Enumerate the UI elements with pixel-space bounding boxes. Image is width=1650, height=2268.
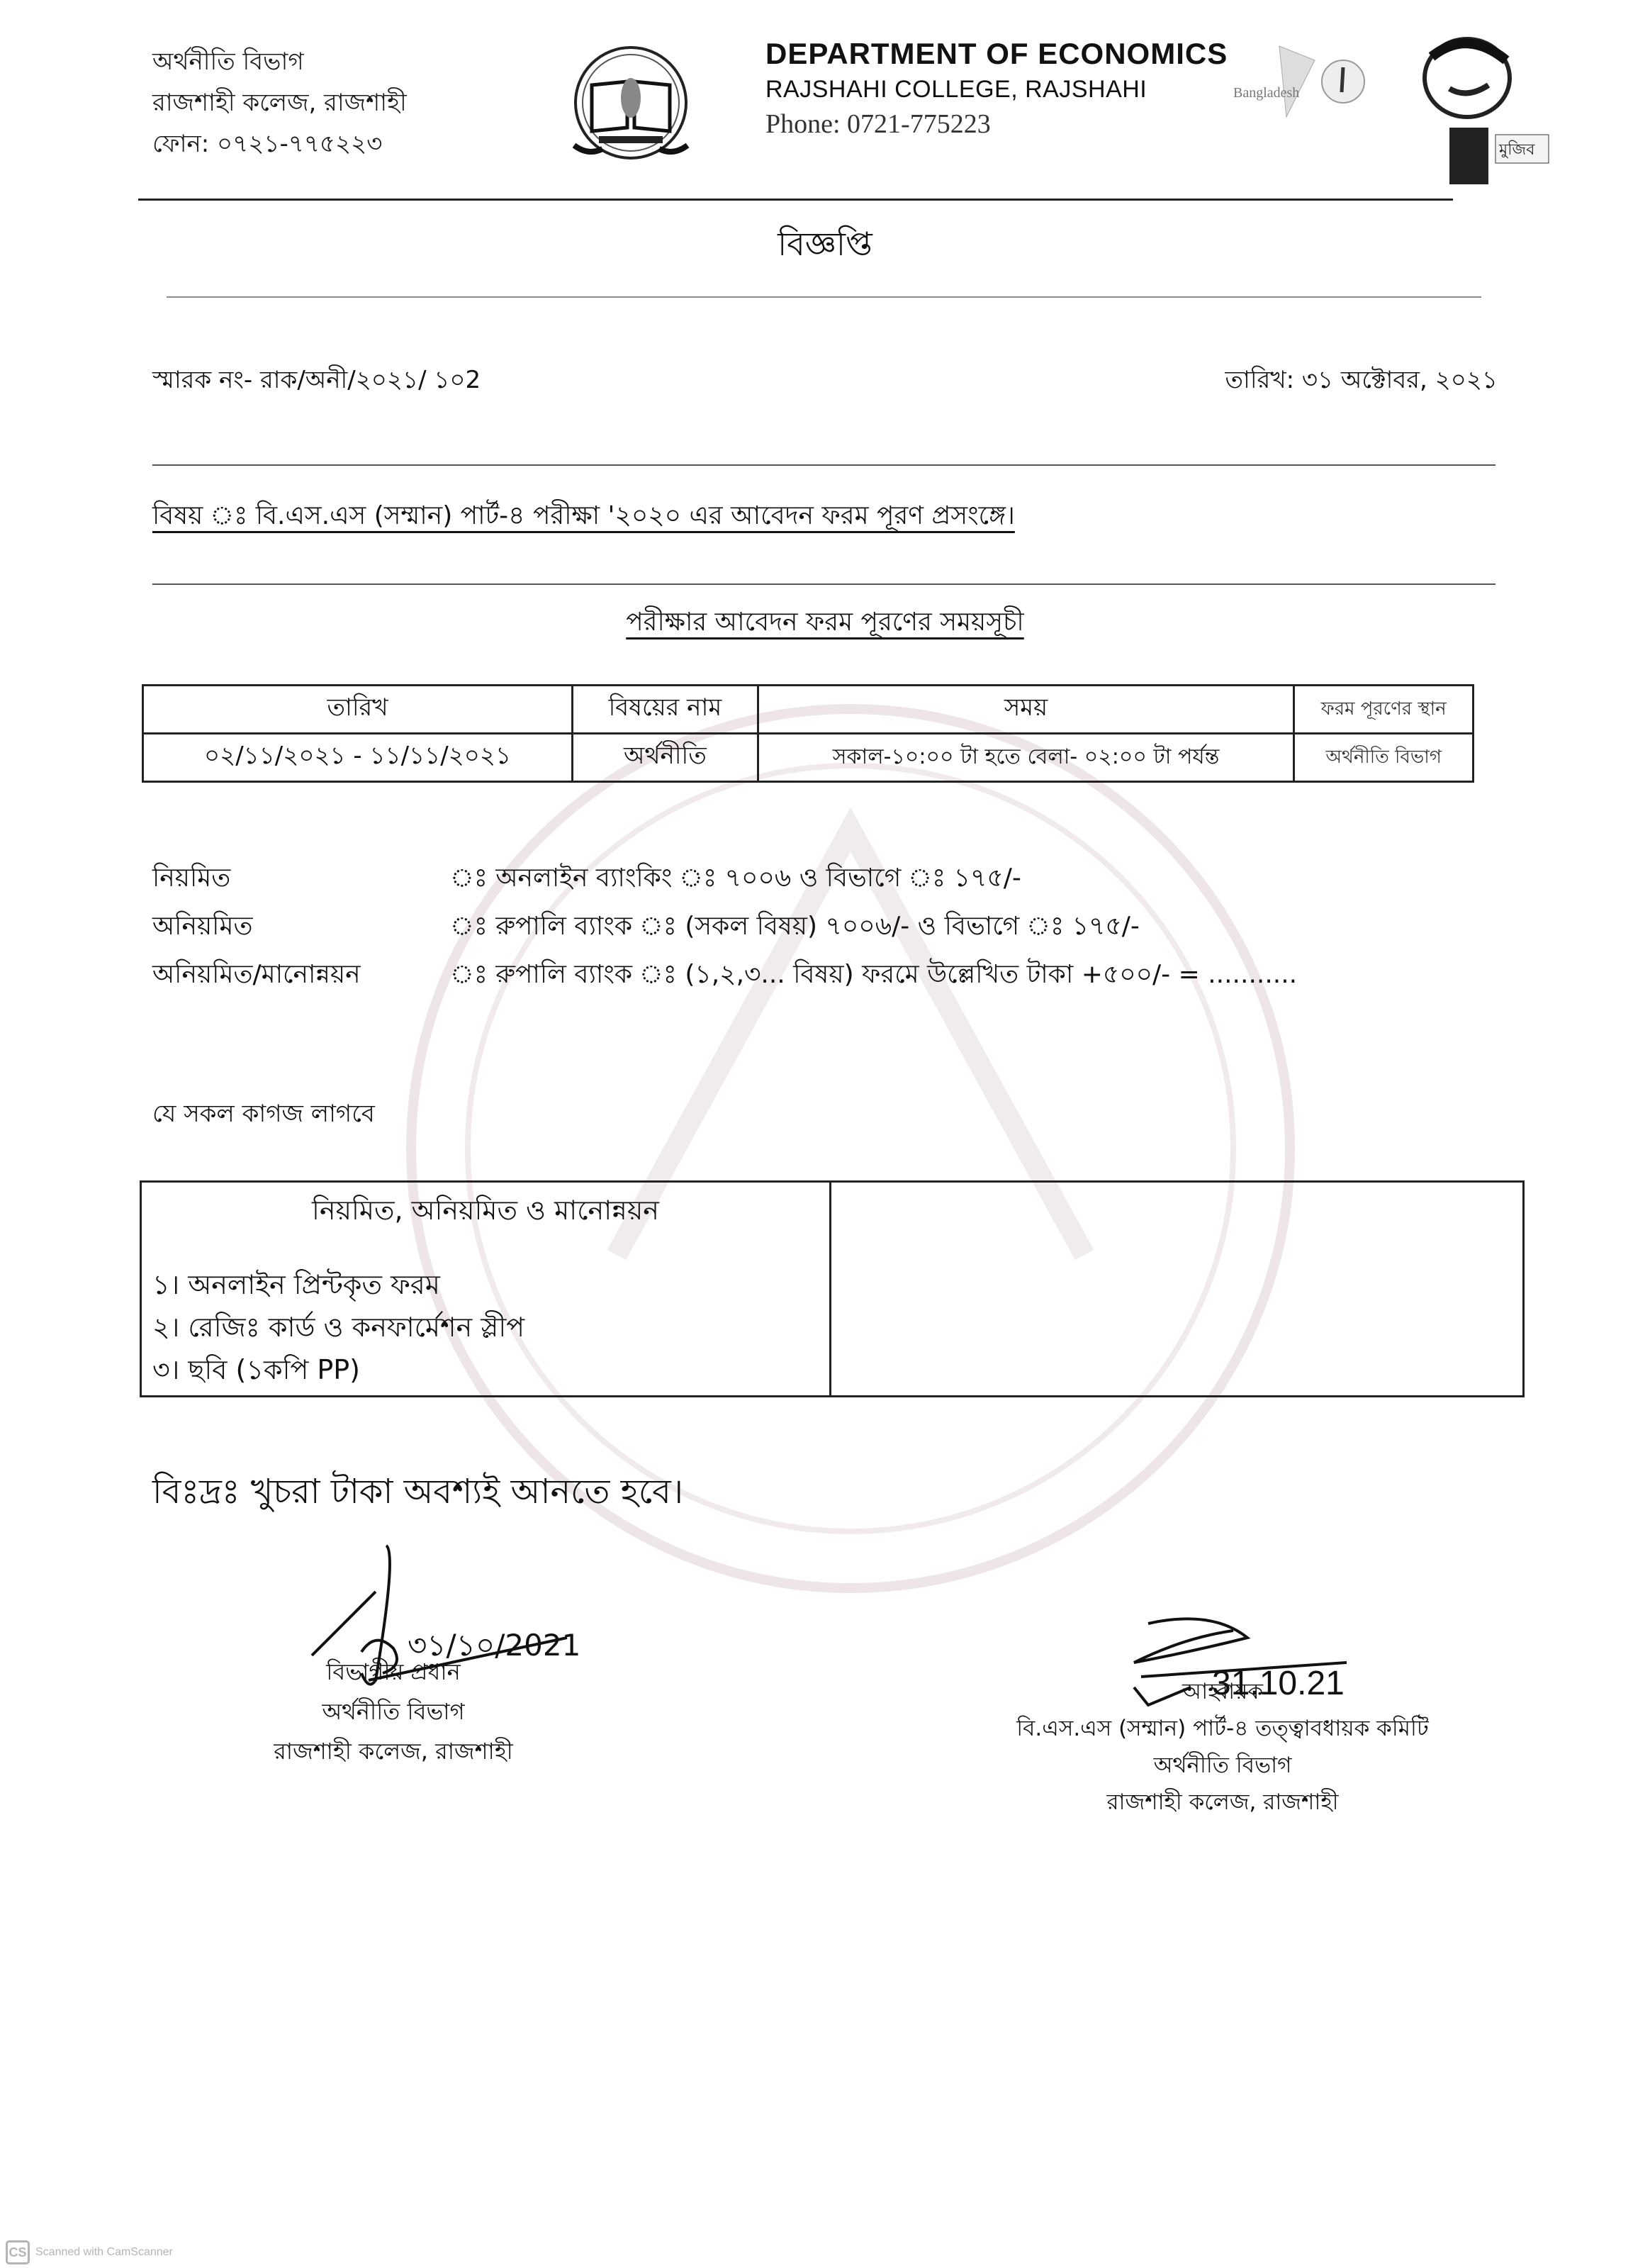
signatory-college: রাজশাহী কলেজ, রাজশাহী <box>241 1731 546 1771</box>
signatory-dept: অর্থনীতি বিভাগ <box>241 1692 546 1731</box>
header-college-bn: রাজশাহী কলেজ, রাজশাহী <box>152 82 407 123</box>
schedule-header-row: তারিখ বিষয়ের নাম সময় ফরম পূরণের স্থান <box>143 686 1474 734</box>
header-dept-bn: অর্থনীতি বিভাগ <box>152 41 407 82</box>
note-text: বিঃদ্রঃ খুচরা টাকা অবশ্যই আনতে হবে। <box>152 1466 683 1522</box>
header-divider <box>138 199 1453 201</box>
scanner-text: Scanned with CamScanner <box>35 2246 173 2259</box>
fee-label: নিয়মিত <box>152 854 450 903</box>
documents-heading: নিয়মিত, অনিয়মিত ও মানোন্নয়ন <box>142 1190 829 1235</box>
list-item: ২। রেজিঃ কার্ড ও কনফার্মেশন স্লীপ <box>152 1306 829 1348</box>
signatory-dept: অর্থনীতি বিভাগ <box>992 1747 1453 1784</box>
header-phone-bn: ফোন: ০৭২১-৭৭৫২২৩ <box>152 123 407 164</box>
fee-value: ঃ অনলাইন ব্যাংকিং ঃ ৭০০৬ ও বিভাগে ঃ ১৭৫/… <box>450 864 1021 893</box>
signatory-committee: বি.এস.এস (সম্মান) পার্ট-৪ তত্ত্বাবধায়ক … <box>992 1710 1453 1747</box>
camscanner-logo-icon: CS <box>6 2240 30 2264</box>
cell-subject: অর্থনীতি <box>573 734 758 782</box>
cell-time: সকাল-১০:০০ টা হতে বেলা- ০২:০০ টা পর্যন্ত <box>758 734 1294 782</box>
signature-block-left: বিভাগীয় প্রধান অর্থনীতি বিভাগ রাজশাহী ক… <box>241 1652 546 1771</box>
emblem-caption: Bangladesh <box>1233 85 1299 101</box>
svg-text:মুজিব: মুজিব <box>1498 140 1535 159</box>
documents-list: ১। অনলাইন প্রিন্টকৃত ফরম ২। রেজিঃ কার্ড … <box>142 1263 829 1391</box>
schedule-title: পরীক্ষার আবেদন ফরম পূরণের সময়সূচী <box>0 603 1650 645</box>
fee-value: ঃ রুপালি ব্যাংক ঃ (১,২,৩... বিষয়) ফরমে … <box>450 960 1297 989</box>
col-header-venue: ফরম পূরণের স্থান <box>1294 686 1474 734</box>
fee-list: নিয়মিতঃ অনলাইন ব্যাংকিং ঃ ৭০০৬ ও বিভাগে… <box>152 854 1297 999</box>
list-item: ১। অনলাইন প্রিন্টকৃত ফরম <box>152 1263 829 1306</box>
col-header-subject: বিষয়ের নাম <box>573 686 758 734</box>
divider <box>152 464 1495 466</box>
fee-item-improvement: অনিয়মিত/মানোন্নয়নঃ রুপালি ব্যাংক ঃ (১,… <box>152 951 1297 999</box>
col-header-date: তারিখ <box>143 686 573 734</box>
fee-label: অনিয়মিত/মানোন্নয়ন <box>152 951 450 999</box>
notice-subject: বিষয় ঃ বি.এস.এস (সম্মান) পার্ট-৪ পরীক্ষ… <box>152 496 1015 539</box>
header-college-en: RAJSHAHI COLLEGE, RAJSHAHI <box>765 72 1228 106</box>
required-documents-column: নিয়মিত, অনিয়মিত ও মানোন্নয়ন ১। অনলাইন… <box>142 1183 831 1395</box>
cell-venue: অর্থনীতি বিভাগ <box>1294 734 1474 782</box>
memo-number: স্মারক নং- রাক/অনী/২০২১/ ১০2 <box>152 362 481 402</box>
schedule-table: তারিখ বিষয়ের নাম সময় ফরম পূরণের স্থান … <box>142 684 1474 783</box>
college-logo-icon <box>560 43 702 163</box>
cell-date: ০২/১১/২০২১ - ১১/১১/২০২১ <box>143 734 573 782</box>
fee-label: অনিয়মিত <box>152 903 450 951</box>
signatory-college: রাজশাহী কলেজ, রাজশাহী <box>992 1784 1453 1821</box>
table-row: ০২/১১/২০২১ - ১১/১১/২০২১ অর্থনীতি সকাল-১০… <box>143 734 1474 782</box>
header-dept-en: DEPARTMENT OF ECONOMICS <box>765 35 1228 72</box>
list-item: ৩। ছবি (১কপি PP) <box>152 1348 829 1391</box>
portrait-image: মুজিব <box>1410 28 1595 199</box>
divider <box>167 296 1481 298</box>
divider <box>152 583 1495 585</box>
fee-value: ঃ রুপালি ব্যাংক ঃ (সকল বিষয়) ৭০০৬/- ও ব… <box>450 912 1140 941</box>
notice-title: বিজ্ঞপ্তি <box>0 220 1650 274</box>
header-bangla-address: অর্থনীতি বিভাগ রাজশাহী কলেজ, রাজশাহী ফোন… <box>152 41 407 164</box>
signature-block-right: আহ্বায়ক বি.এস.এস (সম্মান) পার্ট-৪ তত্ত্… <box>992 1673 1453 1821</box>
scanner-watermark: CS Scanned with CamScanner <box>6 2240 173 2264</box>
bangladesh-emblem-icon <box>1237 39 1379 124</box>
col-header-time: সময় <box>758 686 1294 734</box>
fee-item-irregular: অনিয়মিতঃ রুপালি ব্যাংক ঃ (সকল বিষয়) ৭০… <box>152 903 1297 951</box>
fee-item-regular: নিয়মিতঃ অনলাইন ব্যাংকিং ঃ ৭০০৬ ও বিভাগে… <box>152 854 1297 903</box>
signatory-title: আহ্বায়ক <box>992 1673 1453 1710</box>
required-documents-box: নিয়মিত, অনিয়মিত ও মানোন্নয়ন ১। অনলাইন… <box>140 1180 1525 1397</box>
required-documents-label: যে সকল কাগজ লাগবে <box>152 1095 375 1136</box>
signatory-title: বিভাগীয় প্রধান <box>241 1652 546 1692</box>
header-english-address: DEPARTMENT OF ECONOMICS RAJSHAHI COLLEGE… <box>765 35 1228 142</box>
header-phone-en: Phone: 0721-775223 <box>765 106 1228 142</box>
notice-date: তারিখ: ৩১ অক্টোবর, ২০২১ <box>1225 362 1498 402</box>
